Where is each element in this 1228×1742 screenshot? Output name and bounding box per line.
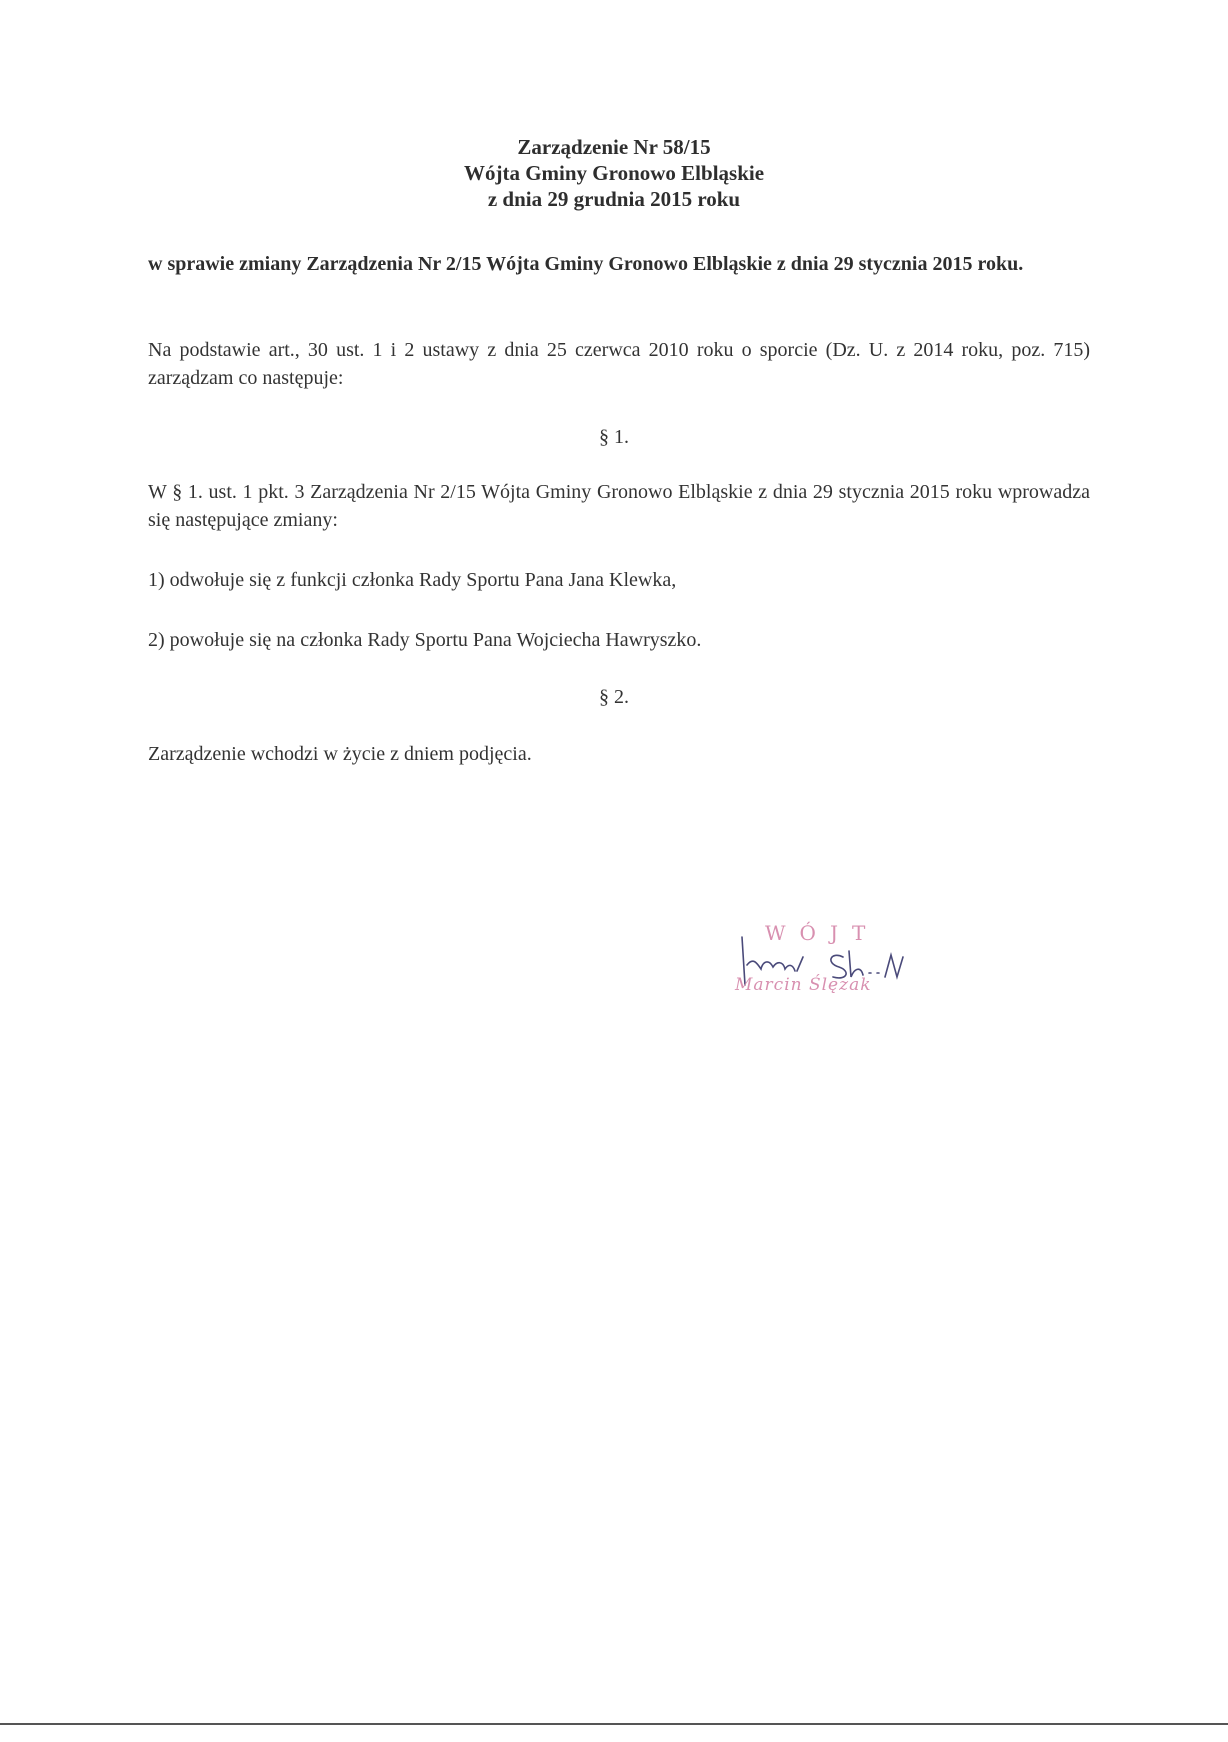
- section-1-intro: W § 1. ust. 1 pkt. 3 Zarządzenia Nr 2/15…: [148, 478, 1090, 534]
- page-bottom-rule: [0, 1723, 1228, 1725]
- issuer: Wójta Gminy Gronowo Elbląskie: [0, 160, 1228, 186]
- official-stamp: WÓJT Marcin Ślęzak: [735, 915, 955, 1015]
- list-item: 2) powołuje się na członka Rady Sportu P…: [148, 626, 1090, 654]
- section-2-text: Zarządzenie wchodzi w życie z dniem podj…: [148, 740, 1090, 768]
- document-title: Zarządzenie Nr 58/15: [0, 134, 1228, 160]
- section-1-heading: § 1.: [0, 426, 1228, 449]
- stamp-name: Marcin Ślęzak: [735, 975, 872, 995]
- list-item: 1) odwołuje się z funkcji członka Rady S…: [148, 566, 1090, 594]
- document-header: Zarządzenie Nr 58/15 Wójta Gminy Gronowo…: [0, 134, 1228, 212]
- legal-basis: Na podstawie art., 30 ust. 1 i 2 ustawy …: [148, 336, 1090, 392]
- subject: w sprawie zmiany Zarządzenia Nr 2/15 Wój…: [148, 250, 1088, 278]
- issue-date: z dnia 29 grudnia 2015 roku: [0, 186, 1228, 212]
- section-2-heading: § 2.: [0, 686, 1228, 709]
